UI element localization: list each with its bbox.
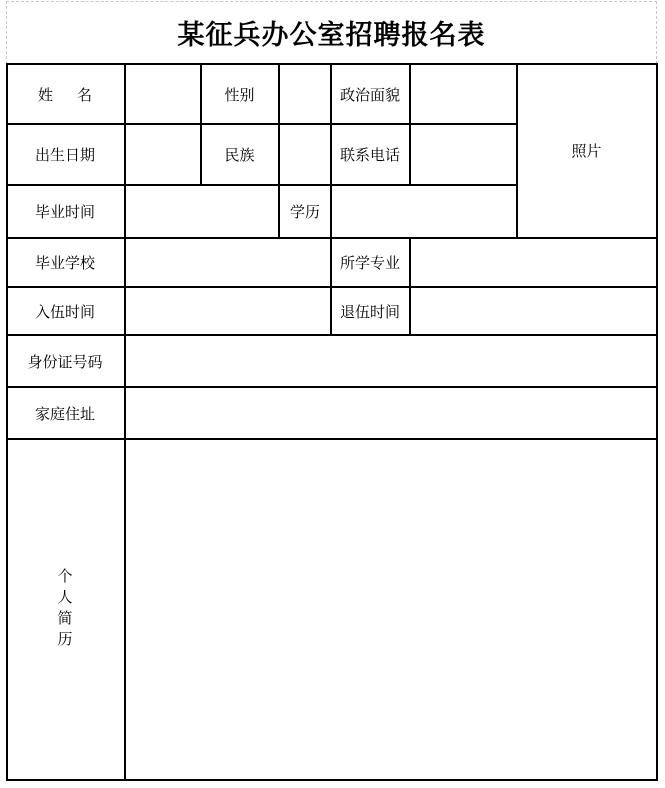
table-border-bottom — [6, 779, 658, 781]
label-education: 学历 — [279, 185, 331, 238]
label-major: 所学专业 — [331, 238, 409, 287]
label-enlistment-time: 入伍时间 — [6, 287, 124, 335]
label-graduated-school: 毕业学校 — [6, 238, 124, 287]
col-divider — [516, 63, 518, 239]
field-political-status[interactable] — [409, 64, 516, 124]
label-home-address: 家庭住址 — [6, 387, 124, 439]
form-title: 某征兵办公室招聘报名表 — [7, 2, 656, 62]
row-divider — [6, 237, 658, 239]
field-id-number[interactable] — [124, 335, 657, 387]
title-area: 某征兵办公室招聘报名表 — [6, 1, 657, 64]
field-ethnicity[interactable] — [279, 124, 331, 185]
field-home-address[interactable] — [124, 387, 657, 439]
label-resume: 个 人 简 历 — [6, 439, 124, 780]
label-ethnicity: 民族 — [200, 124, 279, 185]
field-gender[interactable] — [279, 64, 331, 124]
row-divider — [6, 123, 517, 125]
col-divider — [124, 63, 126, 781]
field-phone[interactable] — [409, 124, 516, 185]
row-divider — [6, 438, 658, 440]
table-border-right — [656, 63, 658, 781]
field-discharge-time[interactable] — [409, 287, 657, 335]
label-id-number: 身份证号码 — [6, 335, 124, 387]
field-birth-date[interactable] — [124, 124, 200, 185]
row-divider — [6, 334, 658, 336]
col-divider — [330, 63, 332, 336]
label-photo: 照片 — [571, 140, 601, 161]
table-border-top — [6, 63, 658, 65]
field-education[interactable] — [331, 185, 516, 238]
col-divider — [278, 63, 280, 239]
label-gender: 性别 — [200, 64, 279, 124]
field-graduation-time[interactable] — [124, 185, 279, 238]
label-phone: 联系电话 — [331, 124, 409, 185]
label-discharge-time: 退伍时间 — [331, 287, 409, 335]
row-divider — [6, 386, 658, 388]
col-divider — [200, 63, 202, 186]
label-name: 姓名 — [6, 64, 124, 124]
col-divider — [409, 237, 411, 336]
label-political-status: 政治面貌 — [331, 64, 409, 124]
row-divider — [6, 286, 658, 288]
table-border-left — [6, 63, 8, 781]
label-graduation-time: 毕业时间 — [6, 185, 124, 238]
row-divider — [6, 184, 517, 186]
field-major[interactable] — [409, 238, 657, 287]
field-graduated-school[interactable] — [124, 238, 331, 287]
field-resume[interactable] — [124, 439, 657, 780]
photo-box[interactable]: 照片 — [516, 64, 657, 238]
col-divider — [409, 63, 411, 186]
label-birth-date: 出生日期 — [6, 124, 124, 185]
field-enlistment-time[interactable] — [124, 287, 331, 335]
field-name[interactable] — [124, 64, 200, 124]
